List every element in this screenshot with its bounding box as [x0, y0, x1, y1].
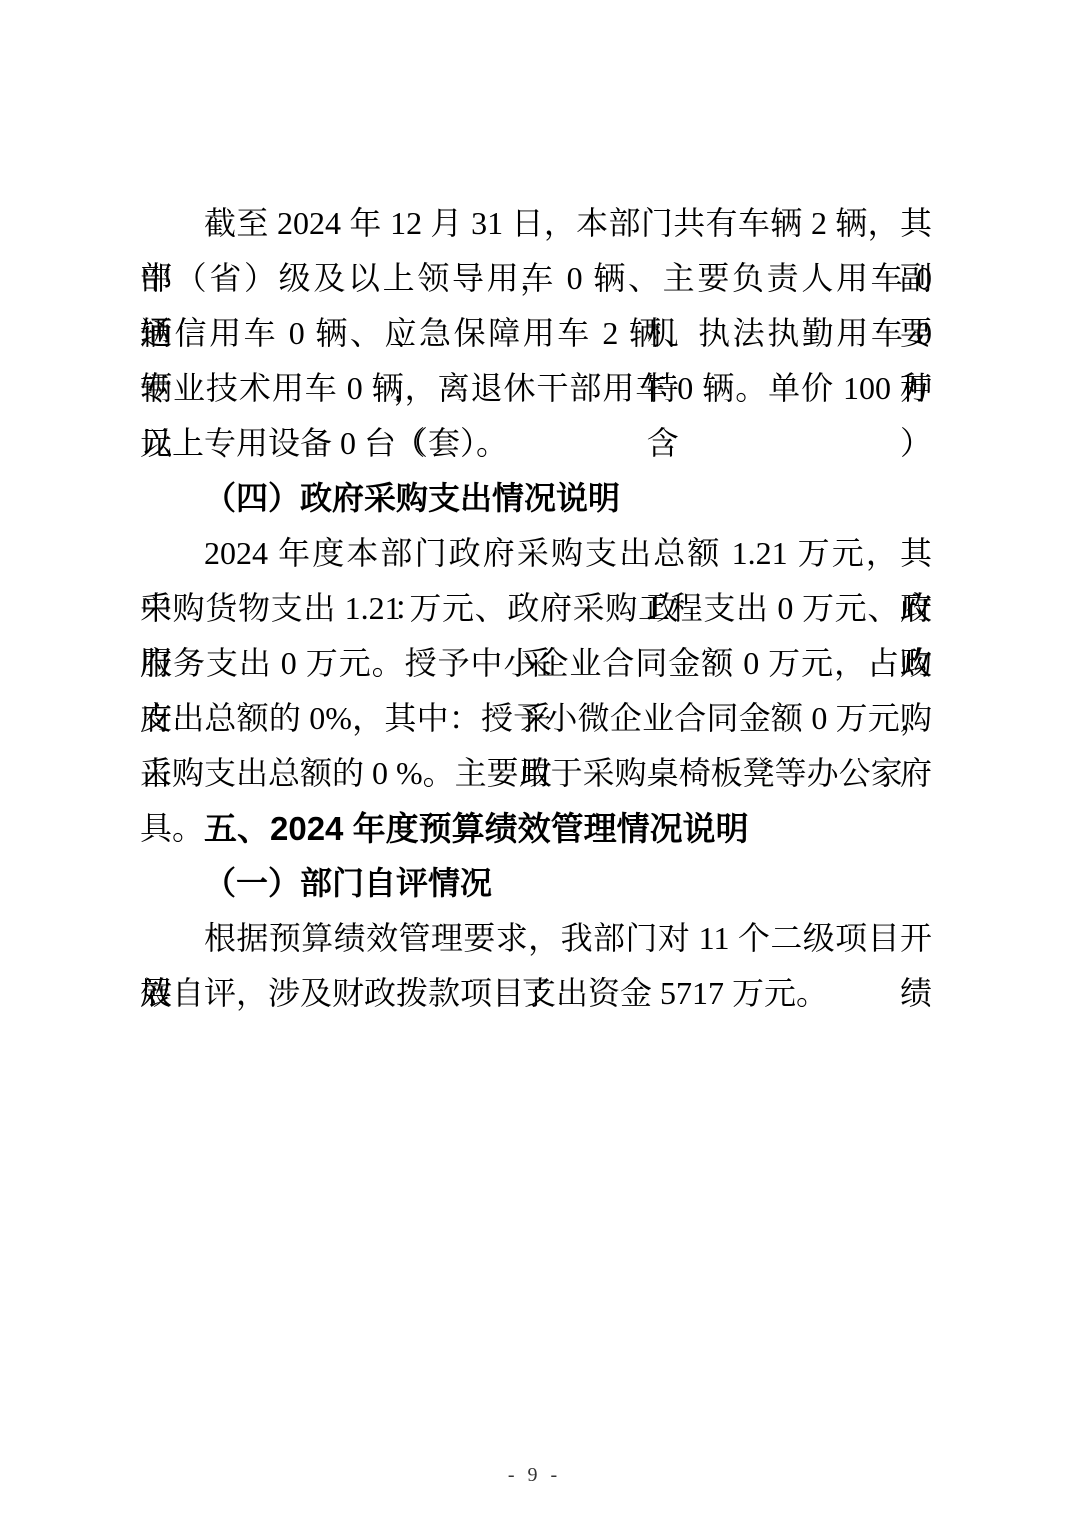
- procurement-paragraph-line: 服务支出 0 万元。授予中小企业合同金额 0 万元，占政府采购: [140, 636, 932, 691]
- procurement-paragraph-line: 2024 年度本部门政府采购支出总额 1.21 万元，其中：政府: [140, 526, 932, 581]
- page-number: - 9 -: [0, 1464, 1069, 1487]
- vehicles-paragraph-line: 截至 2024 年 12 月 31 日，本部门共有车辆 2 辆，其中，副: [140, 196, 932, 251]
- heading-section-procurement: （四）政府采购支出情况说明: [140, 471, 932, 526]
- vehicles-paragraph-line: 专业技术用车 0 辆，离退休干部用车 0 辆。单价 100 万元（含）: [140, 361, 932, 416]
- document-page: 截至 2024 年 12 月 31 日，本部门共有车辆 2 辆，其中，副 部（省…: [0, 0, 1069, 1515]
- document-body: 截至 2024 年 12 月 31 日，本部门共有车辆 2 辆，其中，副 部（省…: [140, 196, 932, 1021]
- procurement-paragraph-line: 采购货物支出 1.21 万元、政府采购工程支出 0 万元、政府采购: [140, 581, 932, 636]
- vehicles-paragraph-line: 通信用车 0 辆、应急保障用车 2 辆、执法执勤用车 0 辆，特种: [140, 306, 932, 361]
- procurement-paragraph-line: 支出总额的 0%，其中：授予小微企业合同金额 0 万元，占政府: [140, 691, 932, 746]
- self-evaluation-paragraph-line: 效自评，涉及财政拨款项目支出资金 5717 万元。: [140, 966, 932, 1021]
- heading-subsection-self-evaluation: （一）部门自评情况: [140, 856, 932, 911]
- heading-section-performance: 五、2024 年度预算绩效管理情况说明: [140, 801, 932, 856]
- vehicles-paragraph-line: 部（省）级及以上领导用车 0 辆、主要负责人用车 0 辆、机要: [140, 251, 932, 306]
- self-evaluation-paragraph-line: 根据预算绩效管理要求，我部门对 11 个二级项目开展了绩: [140, 911, 932, 966]
- procurement-paragraph-line: 采购支出总额的 0 %。主要用于采购桌椅板凳等办公家具。: [140, 746, 932, 801]
